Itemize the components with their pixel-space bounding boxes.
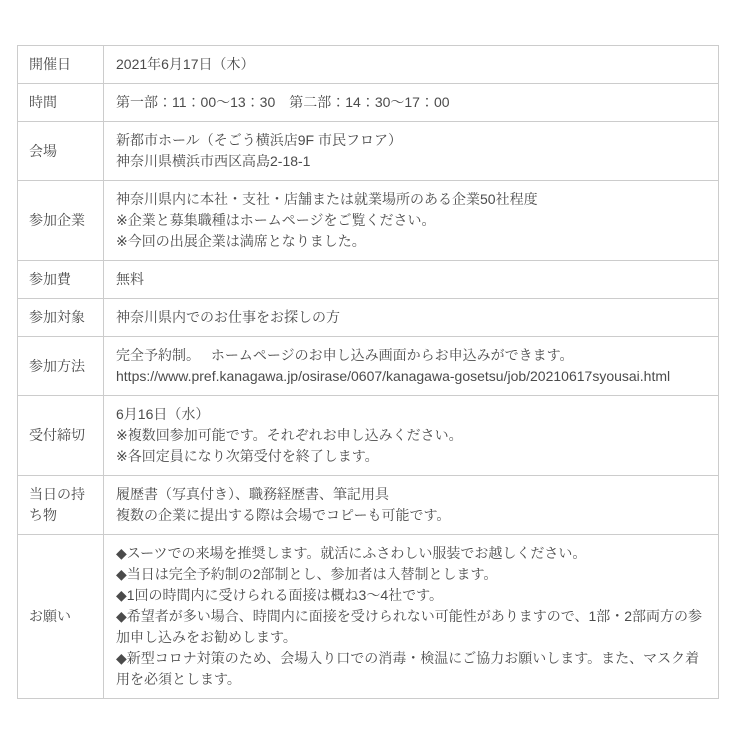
row-content-time: 第一部：11：00〜13：30 第二部：14：30〜17：00 (104, 84, 718, 121)
content-line: ※複数回参加可能です。それぞれお申し込みください。 (116, 425, 706, 446)
content-line: 完全予約制。 ホームページのお申し込み画面からお申込みができます。 (116, 345, 706, 366)
row-label-event-date: 開催日 (18, 46, 104, 83)
content-line: 第一部：11：00〜13：30 第二部：14：30〜17：00 (116, 92, 706, 113)
row-label-requests: お願い (18, 535, 104, 698)
row-content-eligibility: 神奈川県内でのお仕事をお探しの方 (104, 299, 718, 336)
table-row-event-date: 開催日2021年6月17日（木） (18, 46, 718, 84)
content-line: 神奈川県内に本社・支社・店舗または就業場所のある企業50社程度 (116, 189, 706, 210)
row-label-fee: 参加費 (18, 261, 104, 298)
content-line: ※各回定員になり次第受付を終了します。 (116, 446, 706, 467)
table-row-eligibility: 参加対象神奈川県内でのお仕事をお探しの方 (18, 299, 718, 337)
row-label-eligibility: 参加対象 (18, 299, 104, 336)
content-line: 無料 (116, 269, 706, 290)
table-row-how-to-apply: 参加方法完全予約制。 ホームページのお申し込み画面からお申込みができます。htt… (18, 337, 718, 396)
row-content-application-deadline: 6月16日（水）※複数回参加可能です。それぞれお申し込みください。※各回定員にな… (104, 396, 718, 475)
application-url-text: https://www.pref.kanagawa.jp/osirase/060… (116, 366, 706, 387)
content-line: ◆新型コロナ対策のため、会場入り口での消毒・検温にご協力お願いします。また、マス… (116, 648, 706, 690)
content-line: ◆スーツでの来場を推奨します。就活にふさわしい服装でお越しください。 (116, 543, 706, 564)
row-label-venue: 会場 (18, 122, 104, 180)
event-info-table: 開催日2021年6月17日（木）時間第一部：11：00〜13：30 第二部：14… (17, 45, 719, 699)
content-line: 6月16日（水） (116, 404, 706, 425)
content-line: ◆希望者が多い場合、時間内に面接を受けられない可能性がありますので、1部・2部両… (116, 606, 706, 648)
content-line: 神奈川県横浜市西区高島2-18-1 (116, 151, 706, 172)
table-row-venue: 会場新都市ホール（そごう横浜店9F 市民フロア）神奈川県横浜市西区高島2-18-… (18, 122, 718, 181)
content-line: 2021年6月17日（木） (116, 54, 706, 75)
content-line: 新都市ホール（そごう横浜店9F 市民フロア） (116, 130, 706, 151)
content-line: ※今回の出展企業は満席となりました。 (116, 231, 706, 252)
content-line: 複数の企業に提出する際は会場でコピーも可能です。 (116, 505, 706, 526)
row-content-requests: ◆スーツでの来場を推奨します。就活にふさわしい服装でお越しください。◆当日は完全… (104, 535, 718, 698)
table-row-time: 時間第一部：11：00〜13：30 第二部：14：30〜17：00 (18, 84, 718, 122)
row-content-items-to-bring: 履歴書（写真付き）、職務経歴書、筆記用具複数の企業に提出する際は会場でコピーも可… (104, 476, 718, 534)
row-label-how-to-apply: 参加方法 (18, 337, 104, 395)
table-row-application-deadline: 受付締切6月16日（水）※複数回参加可能です。それぞれお申し込みください。※各回… (18, 396, 718, 476)
content-line: 履歴書（写真付き）、職務経歴書、筆記用具 (116, 484, 706, 505)
row-content-how-to-apply: 完全予約制。 ホームページのお申し込み画面からお申込みができます。https:/… (104, 337, 718, 395)
table-row-fee: 参加費無料 (18, 261, 718, 299)
row-label-time: 時間 (18, 84, 104, 121)
content-line: 神奈川県内でのお仕事をお探しの方 (116, 307, 706, 328)
content-line: ※企業と募集職種はホームページをご覧ください。 (116, 210, 706, 231)
row-content-fee: 無料 (104, 261, 718, 298)
table-row-participating-companies: 参加企業神奈川県内に本社・支社・店舗または就業場所のある企業50社程度※企業と募… (18, 181, 718, 261)
table-row-requests: お願い◆スーツでの来場を推奨します。就活にふさわしい服装でお越しください。◆当日… (18, 535, 718, 699)
table-row-items-to-bring: 当日の持ち物履歴書（写真付き）、職務経歴書、筆記用具複数の企業に提出する際は会場… (18, 476, 718, 535)
row-label-participating-companies: 参加企業 (18, 181, 104, 260)
content-line: ◆当日は完全予約制の2部制とし、参加者は入替制とします。 (116, 564, 706, 585)
row-label-application-deadline: 受付締切 (18, 396, 104, 475)
content-line: ◆1回の時間内に受けられる面接は概ね3〜4社です。 (116, 585, 706, 606)
row-content-event-date: 2021年6月17日（木） (104, 46, 718, 83)
row-label-items-to-bring: 当日の持ち物 (18, 476, 104, 534)
row-content-venue: 新都市ホール（そごう横浜店9F 市民フロア）神奈川県横浜市西区高島2-18-1 (104, 122, 718, 180)
row-content-participating-companies: 神奈川県内に本社・支社・店舗または就業場所のある企業50社程度※企業と募集職種は… (104, 181, 718, 260)
